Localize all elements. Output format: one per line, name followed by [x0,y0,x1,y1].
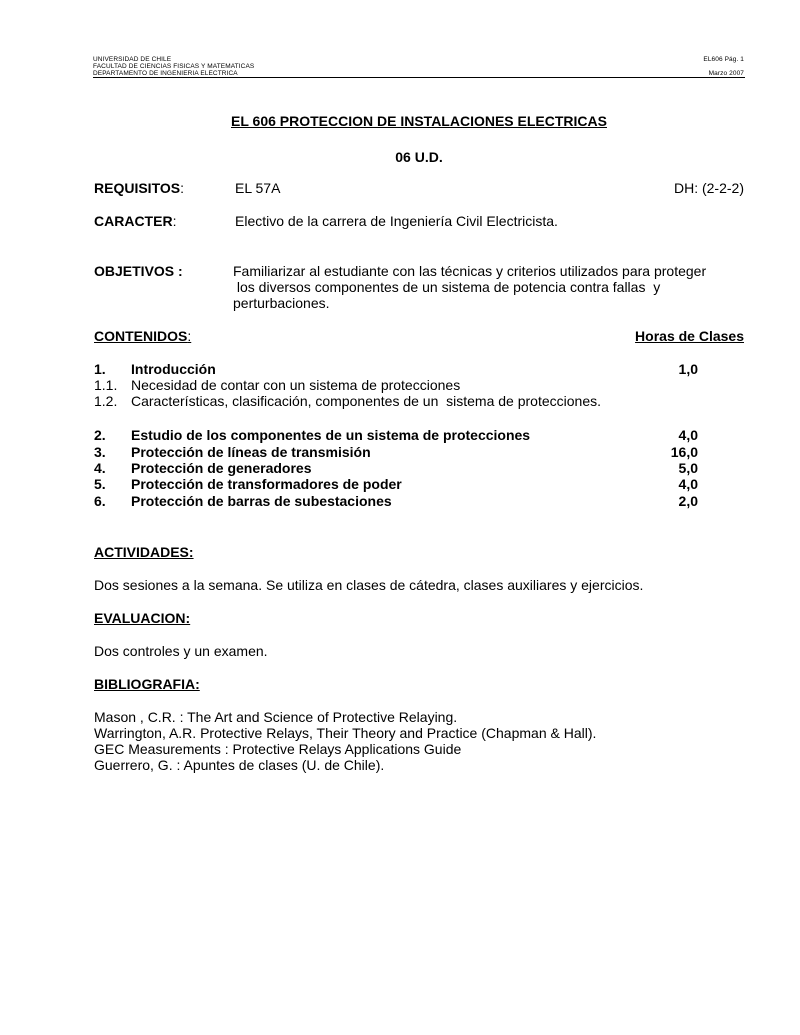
contenido-text: Necesidad de contar con un sistema de pr… [131,377,460,393]
hours-header: Horas de Clases [635,328,744,344]
caracter-colon: : [173,213,177,229]
evaluacion-label: EVALUACION: [94,610,190,626]
contenido-number: 5. [94,476,106,492]
requisitos-colon: : [180,180,184,196]
caracter-label-wrap: CARACTER: [94,213,176,229]
bibliografia-entry: GEC Measurements : Protective Relays App… [94,741,461,757]
header-university: UNIVERSIDAD DE CHILE [93,56,171,63]
bibliografia-entry: Guerrero, G. : Apuntes de clases (U. de … [94,757,384,773]
contenido-text: Protección de generadores [131,460,312,476]
contenido-hours: 5,0 [679,460,698,476]
contenido-number: 3. [94,444,106,460]
course-units: 06 U.D. [0,149,800,165]
actividades-text: Dos sesiones a la semana. Se utiliza en … [94,577,643,593]
contenido-text: Protección de transformadores de poder [131,476,402,492]
contenidos-label: CONTENIDOS [94,328,187,344]
bibliografia-entry: Mason , C.R. : The Art and Science of Pr… [94,709,457,725]
contenido-text: Estudio de los componentes de un sistema… [131,427,530,443]
header-date: Marzo 2007 [709,70,744,77]
contenido-hours: 4,0 [679,476,698,492]
contenido-hours: 4,0 [679,427,698,443]
contenido-text: Protección de barras de subestaciones [131,493,392,509]
requisitos-value: EL 57A [235,180,280,196]
caracter-value: Electivo de la carrera de Ingeniería Civ… [235,213,558,229]
header-page-ref: EL606 Pág. 1 [703,56,744,63]
contenido-hours: 16,0 [671,444,698,460]
contenido-number: 1.1. [94,377,117,393]
objetivos-label: OBJETIVOS : [94,263,183,279]
contenido-number: 1.2. [94,393,117,409]
contenido-number: 4. [94,460,106,476]
header-divider [93,77,745,78]
contenido-number: 2. [94,427,106,443]
header-faculty: FACULTAD DE CIENCIAS FISICAS Y MATEMATIC… [93,63,254,70]
contenidos-label-wrap: CONTENIDOS: [94,328,191,344]
requisitos-label-wrap: REQUISITOS: [94,180,184,196]
contenidos-colon: : [187,328,191,344]
course-title: EL 606 PROTECCION DE INSTALACIONES ELECT… [0,113,800,129]
contenido-text: Protección de líneas de transmisión [131,444,371,460]
contenido-hours: 2,0 [679,493,698,509]
bibliografia-entry: Warrington, A.R. Protective Relays, Thei… [94,725,596,741]
actividades-label: ACTIVIDADES: [94,544,194,560]
objetivos-line-1: Familiarizar al estudiante con las técni… [233,263,706,279]
contenido-text: Introducción [131,361,216,377]
contenido-text: Características, clasificación, componen… [131,393,601,409]
objetivos-line-3: perturbaciones. [233,295,330,311]
objetivos-line-2: los diversos componentes de un sistema d… [233,279,660,295]
bibliografia-label: BIBLIOGRAFIA: [94,676,200,692]
dh-value: DH: (2-2-2) [674,180,744,196]
evaluacion-text: Dos controles y un examen. [94,643,268,659]
contenido-hours: 1,0 [679,361,698,377]
header-department: DEPARTAMENTO DE INGENIERIA ELECTRICA [93,70,238,77]
contenido-number: 1. [94,361,106,377]
requisitos-label: REQUISITOS [94,180,180,196]
contenido-number: 6. [94,493,106,509]
caracter-label: CARACTER [94,213,173,229]
